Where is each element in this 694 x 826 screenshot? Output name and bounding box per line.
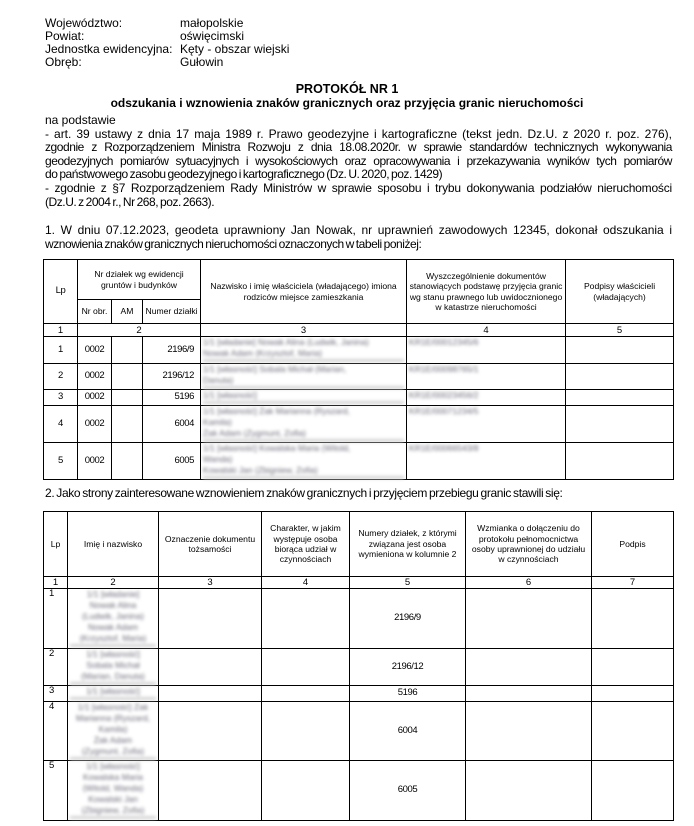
section-1-line: wznowienia znaków granicznych nieruchomo… [45,238,672,252]
cell-name-redacted: 1/1 [własność]Sobala Michał(Marian, Danu… [68,649,159,686]
name-line: (Marian, Danuta) [70,671,156,685]
index-cell: 5 [566,324,674,337]
legal-basis-line: (Dz.U. z 2004 r., Nr 268, poz. 2663). [45,196,672,210]
index-cell: 6 [466,577,592,589]
owner-line: 1/1 [własność] Żak Marianna (Ryszard, [203,406,404,417]
cell-parcel-number: 5196 [143,390,201,406]
cell-signature [592,686,674,702]
cell-name-redacted: 1/1 [własność] [68,686,159,702]
name-line: 1/1 [własność] [70,649,156,660]
name-line: 1/1 [władanie] [70,589,156,600]
cell-lp: 3 [44,390,78,406]
cell-owner-redacted: 1/1 [własność] Żak Marianna (Ryszard,Kam… [201,406,407,443]
owner-line: Żak Adam (Zygmunt, Zofia) [203,428,404,442]
cell-lp: 2 [44,649,68,686]
cell-signature [566,406,674,443]
table-row: 200022196/121/1 [własność] Sobala Michał… [44,364,674,390]
index-cell: 7 [592,577,674,589]
legal-basis-intro: na podstawie [45,114,672,128]
legal-basis-line: - art. 39 ustawy z dnia 17 maja 1989 r. … [45,128,672,142]
cell-owner-redacted: 1/1 [własność] [201,390,407,406]
index-cell: 4 [262,577,350,589]
cell-owner-redacted: 1/1 [własność] Sobala Michał (Marian,Dan… [201,364,407,390]
cell-document-redacted: KR1E/00071234/5 [407,406,566,443]
owner-line: Kowalski Jan (Zbigniew, Zofia) [203,465,404,479]
table-row: 51/1 [własność]Kowalska Maria(Witold, Wa… [44,761,674,821]
owner-line: Wanda) [203,454,404,465]
name-line: Nowak Adam [70,622,156,633]
owner-line: 1/1 [własność] Sobala Michał (Marian, [203,364,404,375]
section-2-text: 2. Jako strony zainteresowane wznowienie… [45,487,672,501]
index-cell: 1 [44,324,78,337]
owner-line: 1/1 [własność] [203,390,404,404]
cell-signature [592,761,674,821]
boundary-parcels-table: Lp Nr działek wg ewidencji gruntów i bud… [43,259,674,480]
cell-am [112,406,143,443]
document-number: KR1E/00012345/6 [409,337,563,348]
table-row: 5000260051/1 [własność] Kowalska Maria (… [44,443,674,480]
cell-signature [566,390,674,406]
header-lp: Lp [44,260,78,324]
cell-id-document [159,649,262,686]
cell-am [112,390,143,406]
name-line: Nowak Alina [70,600,156,611]
table-row: 3000251961/1 [własność]KR1E/00023456/2 [44,390,674,406]
name-line: (Zygmunt, Zofia) [70,746,156,760]
meta-label: Obręb: [45,56,180,69]
index-cell: 5 [350,577,466,589]
cell-parcels: 2196/12 [350,649,466,686]
cell-proxy [466,686,592,702]
cell-lp: 4 [44,702,68,761]
header-signatures: Podpisy właścicieli (władających) [566,260,674,324]
name-line: Kamila) [70,724,156,735]
header-lp: Lp [44,512,68,577]
table-row: 11/1 [władanie]Nowak Alina(Ludwik, Janin… [44,589,674,649]
cell-parcel-number: 6004 [143,406,201,443]
header-owner: Nazwisko i imię właściciela (władającego… [201,260,407,324]
cell-lp: 5 [44,761,68,821]
legal-basis-line: zgodnie z Rozporządzeniem Ministra Rozwo… [45,141,672,155]
cell-proxy [466,761,592,821]
document-title: PROTOKÓŁ NR 1 [0,82,694,96]
header-signature: Podpis [592,512,674,577]
cell-am [112,364,143,390]
meta-value: Gułowin [180,56,223,69]
table-row: 100022196/91/1 [władanie] Nowak Alina (L… [44,337,674,364]
cell-signature [592,649,674,686]
cell-owner-redacted: 1/1 [władanie] Nowak Alina (Ludwik, Jani… [201,337,407,364]
document-number: KR1E/00066543/8 [409,443,563,454]
owner-line: 1/1 [władanie] Nowak Alina (Ludwik, Jani… [203,337,404,348]
owner-line: 1/1 [własność] Kowalska Maria (Witold, [203,443,404,454]
cell-proxy [466,589,592,649]
cell-parcel-number: 2196/9 [143,337,201,364]
legal-basis-line: - zgodnie z §7 Rozporządzeniem Rady Mini… [45,182,672,196]
cell-lp: 1 [44,337,78,364]
cell-document-redacted: KR1E/00098765/1 [407,364,566,390]
cell-signature [566,443,674,480]
index-cell: 2 [78,324,201,337]
name-line: 1/1 [własność] [70,761,156,772]
header-role: Charakter, w jakim występuje osoba biorą… [262,512,350,577]
cell-id-document [159,589,262,649]
attendees-table: Lp Imię i nazwisko Oznaczenie dokumentu … [43,511,674,821]
name-line: (Ludwik, Janina) [70,611,156,622]
cell-parcels: 6005 [350,761,466,821]
name-line: Żak Adam [70,735,156,746]
cell-role [262,589,350,649]
cell-am [112,337,143,364]
document-number: KR1E/00023456/2 [409,390,563,401]
cell-parcels: 6004 [350,702,466,761]
cell-nr-obr: 0002 [78,406,112,443]
owner-line: Nowak Adam (Krzysztof, Maria) [203,348,404,362]
index-cell: 2 [68,577,159,589]
table-header-row: Lp Imię i nazwisko Oznaczenie dokumentu … [44,512,674,577]
table-row: 41/1 [własność] ŻakMarianna (Ryszard,Kam… [44,702,674,761]
cell-nr-obr: 0002 [78,443,112,480]
cell-name-redacted: 1/1 [władanie]Nowak Alina(Ludwik, Janina… [68,589,159,649]
section-1-line: 1. W dniu 07.12.2023, geodeta uprawniony… [45,224,672,238]
cell-proxy [466,702,592,761]
table-row: 31/1 [własność]5196 [44,686,674,702]
cell-proxy [466,649,592,686]
legal-basis-line: geodezyjnych pomiarów sytuacyjnych i wys… [45,155,672,169]
index-cell: 3 [159,577,262,589]
name-line: 1/1 [własność] [70,686,156,700]
header-am: AM [112,300,143,324]
section-1-text: 1. W dniu 07.12.2023, geodeta uprawniony… [45,224,672,251]
header-parcel-group: Nr działek wg ewidencji gruntów i budynk… [78,260,201,300]
table-row: 4000260041/1 [własność] Żak Marianna (Ry… [44,406,674,443]
index-cell: 3 [201,324,407,337]
header-id-document: Oznaczenie dokumentu tożsamości [159,512,262,577]
cell-signature [592,702,674,761]
name-line: 1/1 [własność] Żak [70,702,156,713]
cell-lp: 1 [44,589,68,649]
document-number: KR1E/00071234/5 [409,406,563,417]
header-name: Imię i nazwisko [68,512,159,577]
legal-basis: na podstawie - art. 39 ustawy z dnia 17 … [45,114,672,209]
cell-document-redacted: KR1E/00066543/8 [407,443,566,480]
location-metadata: Województwo: małopolskie Powiat: oświęci… [45,17,289,69]
cell-name-redacted: 1/1 [własność]Kowalska Maria(Witold, Wan… [68,761,159,821]
cell-role [262,761,350,821]
cell-parcel-number: 2196/12 [143,364,201,390]
cell-nr-obr: 0002 [78,390,112,406]
cell-name-redacted: 1/1 [własność] ŻakMarianna (Ryszard,Kami… [68,702,159,761]
index-cell: 4 [407,324,566,337]
index-cell: 1 [44,577,68,589]
header-nr-obr: Nr obr. [78,300,112,324]
name-line: (Witold, Wanda) [70,783,156,794]
header-documents: Wyszczególnienie dokumentów stanowiących… [407,260,566,324]
cell-nr-obr: 0002 [78,337,112,364]
cell-document-redacted: KR1E/00012345/6 [407,337,566,364]
cell-lp: 4 [44,406,78,443]
cell-id-document [159,686,262,702]
cell-role [262,686,350,702]
cell-document-redacted: KR1E/00023456/2 [407,390,566,406]
name-line: (Zbigniew, Zofia) [70,805,156,819]
table-index-row: 1 2 3 4 5 [44,324,674,337]
cell-owner-redacted: 1/1 [własność] Kowalska Maria (Witold,Wa… [201,443,407,480]
name-line: Marianna (Ryszard, [70,713,156,724]
cell-id-document [159,702,262,761]
cell-am [112,443,143,480]
name-line: Kowalski Jan [70,794,156,805]
name-line: Sobala Michał [70,660,156,671]
cell-signature [566,337,674,364]
cell-id-document [159,761,262,821]
header-proxy: Wzmianka o dołączeniu do protokołu pełno… [466,512,592,577]
cell-parcel-number: 6005 [143,443,201,480]
cell-role [262,702,350,761]
cell-lp: 3 [44,686,68,702]
meta-row-precinct: Obręb: Gułowin [45,56,289,69]
table-header-row: Lp Nr działek wg ewidencji gruntów i bud… [44,260,674,300]
name-line: (Krzysztof, Maria) [70,633,156,647]
document-subtitle: odszukania i wznowienia znaków graniczny… [0,96,694,110]
document-number: KR1E/00098765/1 [409,364,563,375]
header-numer: Numer działki [143,300,201,324]
cell-lp: 5 [44,443,78,480]
legal-basis-line: do państwowego zasobu geodezyjnego i kar… [45,168,672,182]
cell-role [262,649,350,686]
name-line: Kowalska Maria [70,772,156,783]
cell-parcels: 2196/9 [350,589,466,649]
cell-signature [592,589,674,649]
owner-line: Danuta) [203,375,404,389]
cell-nr-obr: 0002 [78,364,112,390]
table-row: 21/1 [własność]Sobala Michał(Marian, Dan… [44,649,674,686]
owner-line: Kamila) [203,417,404,428]
cell-lp: 2 [44,364,78,390]
cell-signature [566,364,674,390]
table-index-row: 1 2 3 4 5 6 7 [44,577,674,589]
header-parcels: Numery działek, z którymi związana jest … [350,512,466,577]
cell-parcels: 5196 [350,686,466,702]
